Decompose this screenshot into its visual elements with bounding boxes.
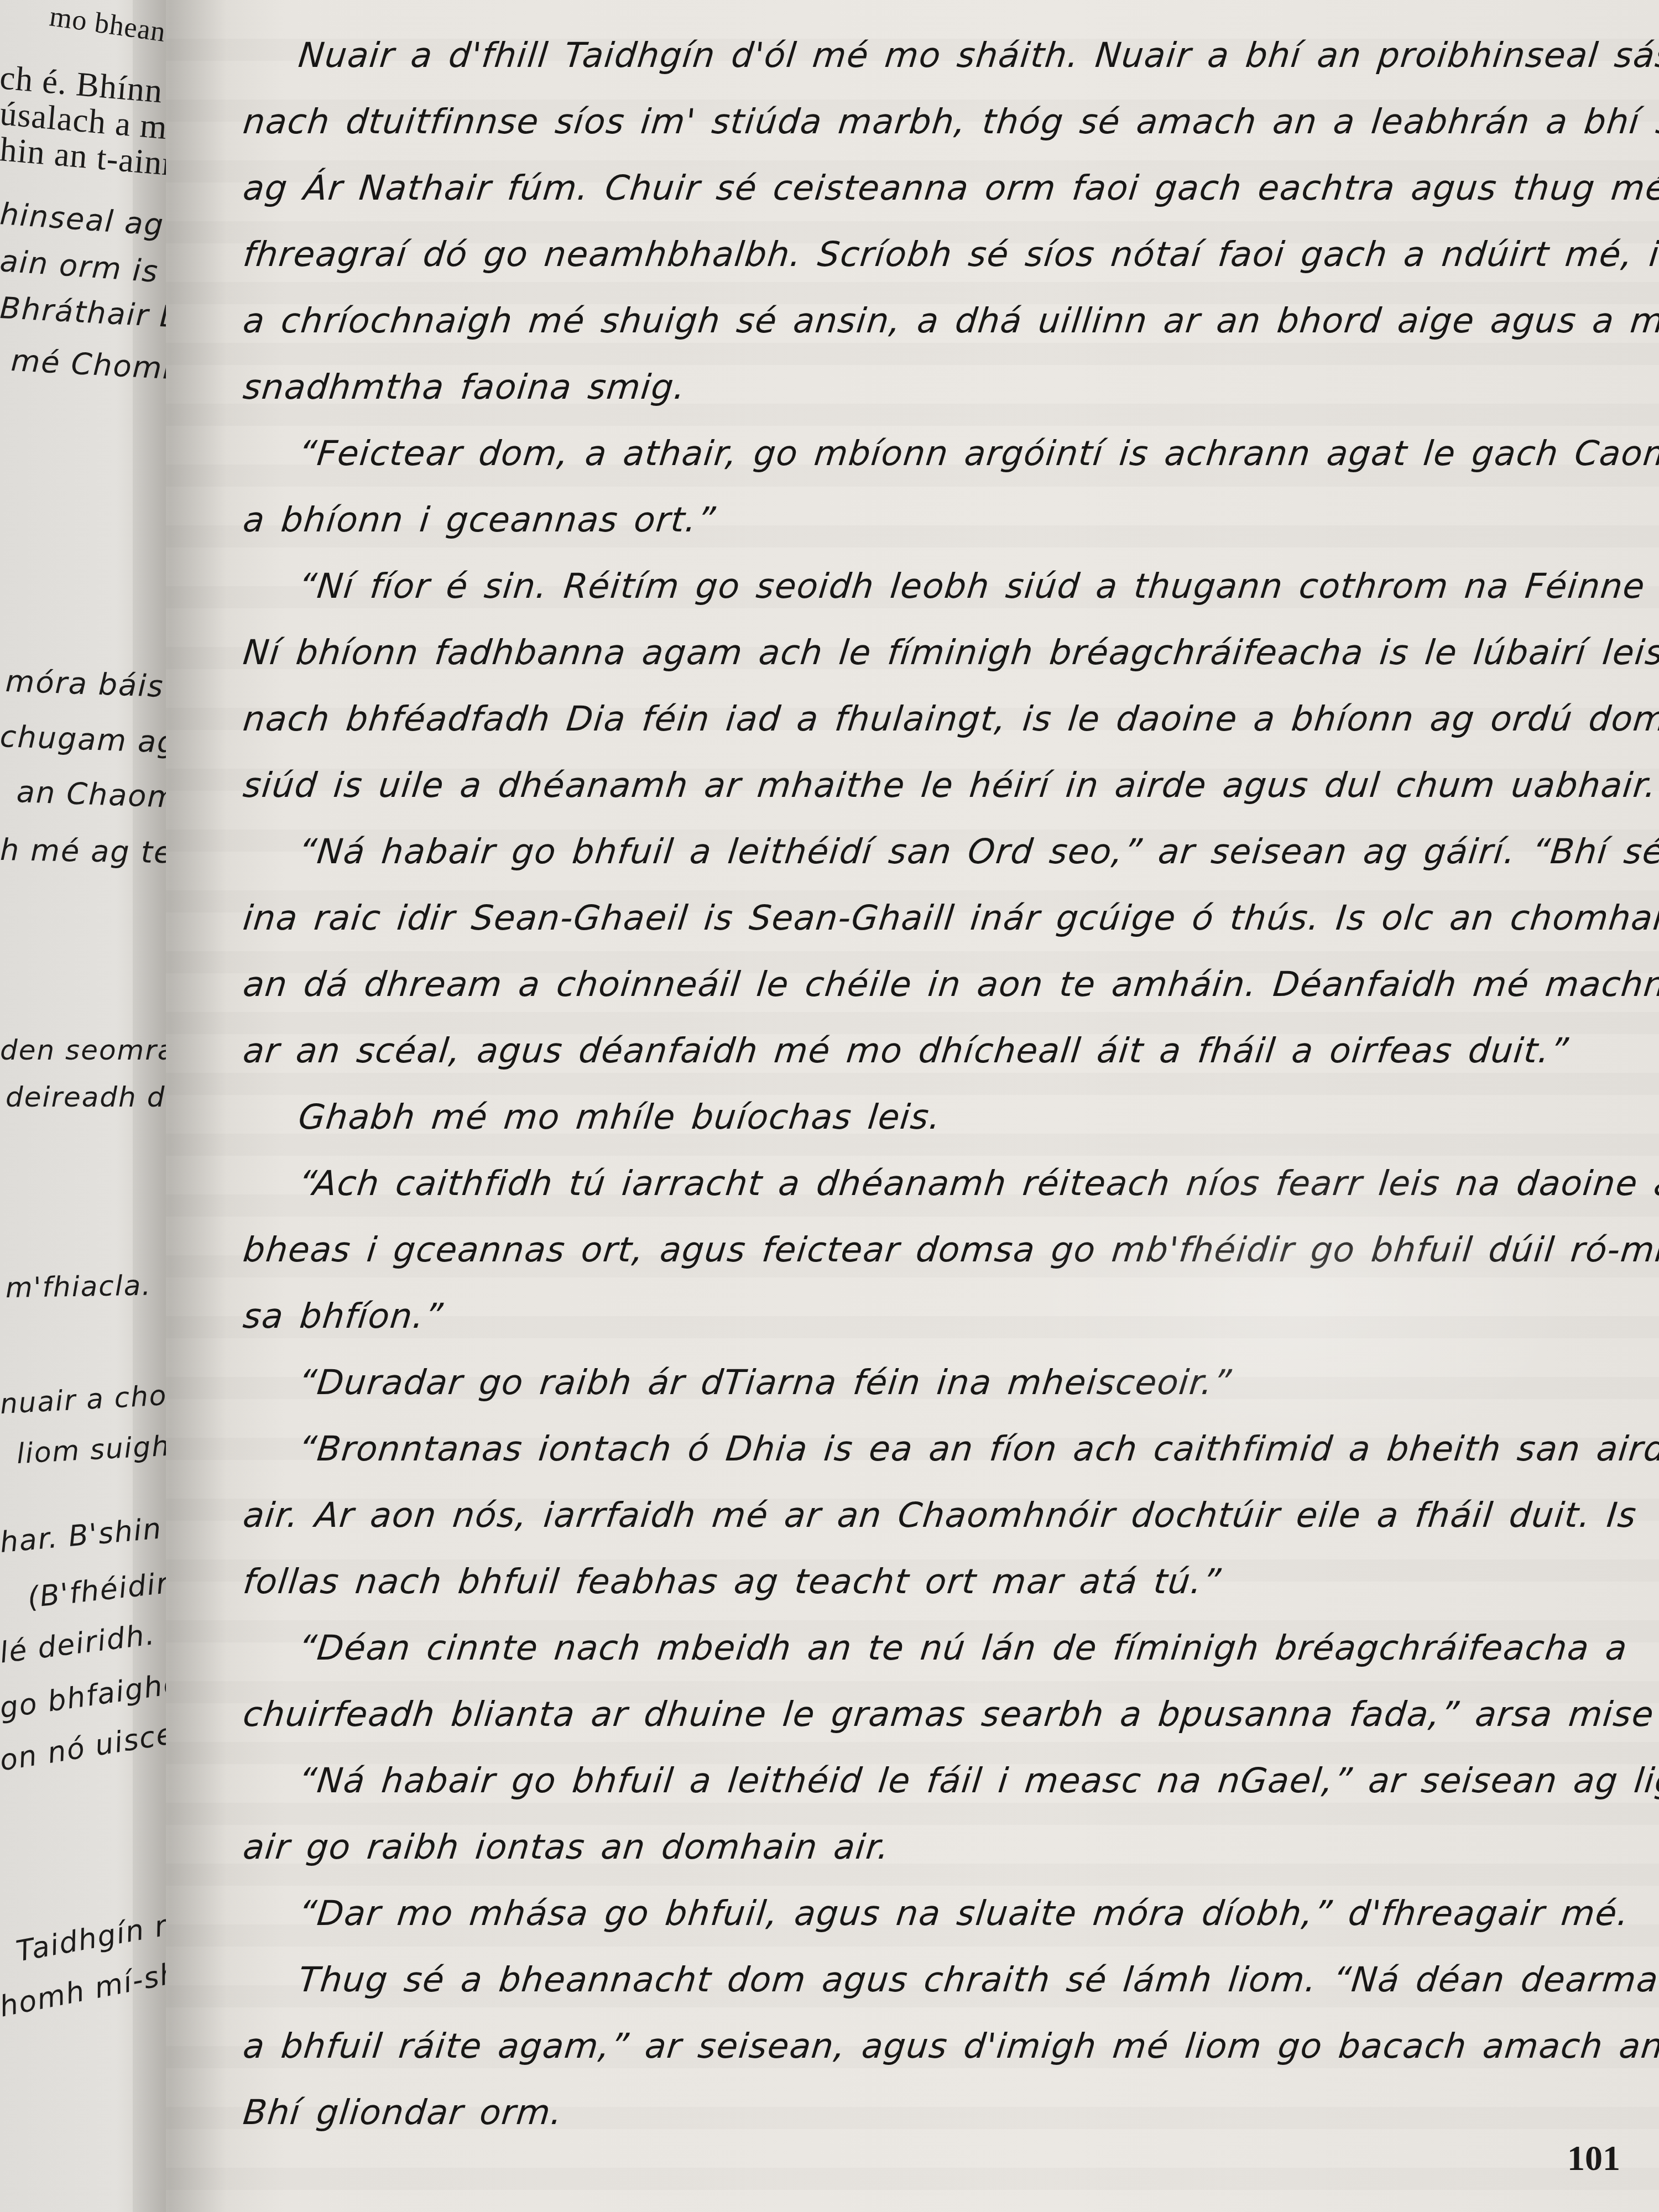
left-page-text-line: mé Chomh sán — [10, 343, 166, 390]
left-page-text-line: liom suigh síos — [15, 1426, 166, 1470]
left-page-text-line: Taidhgín mui — [14, 1901, 166, 1968]
left-page-text-line: Bhráthair Leo — [0, 290, 166, 336]
text-line: “Ach caithfidh tú iarracht a dhéanamh ré… — [240, 1150, 1641, 1217]
left-page-text-line: móra báistí u — [5, 664, 166, 706]
left-page-text-line: chugam ag insi — [0, 719, 166, 762]
text-line: “Ná habair go bhfuil a leithéidí san Ord… — [240, 818, 1641, 885]
left-page-text-line: hinseal ag cai — [0, 196, 166, 247]
text-line: Ní bhíonn fadhbanna agam ach le fíminigh… — [240, 619, 1641, 686]
text-line: Bhí gliondar orm. — [240, 2079, 1641, 2146]
page-number: 101 — [1567, 2138, 1620, 2179]
text-line: an dá dhream a choinneáil le chéile in a… — [240, 951, 1641, 1018]
text-line: air go raibh iontas an domhain air. — [240, 1814, 1641, 1880]
text-line: siúd is uile a dhéanamh ar mhaithe le hé… — [240, 752, 1641, 818]
left-page-text-line: m'fhiacla. — [5, 1269, 152, 1304]
left-page-text-line: an Chaomhnói — [16, 774, 166, 817]
left-page-text-line: (B'fhéidir go — [26, 1562, 166, 1615]
text-line: fhreagraí dó go neamhbhalbh. Scríobh sé … — [240, 221, 1641, 288]
text-line: ag Ár Nathair fúm. Chuir sé ceisteanna o… — [240, 155, 1641, 221]
body-text: Nuair a d'fhill Taidhgín d'ól mé mo shái… — [243, 22, 1637, 2146]
text-line: “Feictear dom, a athair, go mbíonn argói… — [240, 420, 1641, 487]
left-page-text-line: mo bhean — [48, 0, 166, 49]
left-page-text-line: lé deiridh. go mí — [0, 1606, 166, 1670]
text-line: bheas i gceannas ort, agus feictear doms… — [240, 1217, 1641, 1283]
text-line: Ghabh mé mo mhíle buíochas leis. — [240, 1084, 1641, 1150]
text-line: Thug sé a bheannacht dom agus chraith sé… — [240, 1947, 1641, 2013]
text-line: air. Ar aon nós, iarrfaidh mé ar an Chao… — [240, 1482, 1641, 1548]
text-line: “Déan cinnte nach mbeidh an te nú lán de… — [240, 1615, 1641, 1681]
left-page-text-line: den seomra ag — [0, 1034, 166, 1066]
left-page-text-line: nuair a chonac — [0, 1376, 166, 1420]
text-line: “Ní fíor é sin. Réitím go seoidh leobh s… — [240, 553, 1641, 619]
text-line: ina raic idir Sean-Ghaeil is Sean-Ghaill… — [240, 885, 1641, 951]
text-line: “Duradar go raibh ár dTiarna féin ina mh… — [240, 1349, 1641, 1416]
left-page-text-line: h mé ag teasti — [0, 832, 166, 871]
text-line: sa bhfíon.” — [240, 1283, 1641, 1349]
left-facing-page: mo bheanch é. Bhínn faúsalach a mhahin a… — [0, 0, 166, 2212]
text-line: ar an scéal, agus déanfaidh mé mo dhíche… — [240, 1018, 1641, 1084]
text-line: “Bronntanas iontach ó Dhia is ea an fíon… — [240, 1416, 1641, 1482]
text-line: a bhfuil ráite agam,” ar seisean, agus d… — [240, 2013, 1641, 2079]
left-page-text-line: deireadh déan — [6, 1081, 166, 1113]
text-line: snadhmtha faoina smig. — [240, 354, 1641, 420]
text-line: a chríochnaigh mé shuigh sé ansin, a dhá… — [240, 288, 1641, 354]
text-line: follas nach bhfuil feabhas ag teacht ort… — [240, 1548, 1641, 1615]
text-line: “Ná habair go bhfuil a leithéid le fáil … — [240, 1747, 1641, 1814]
right-page: Nuair a d'fhill Taidhgín d'ól mé mo shái… — [166, 0, 1659, 2212]
left-page-text-line: har. B'shin bois — [0, 1506, 166, 1559]
text-line: chuirfeadh blianta ar dhuine le gramas s… — [240, 1681, 1641, 1747]
text-line: Nuair a d'fhill Taidhgín d'ól mé mo shái… — [240, 22, 1641, 88]
text-line: nach dtuitfinnse síos im' stiúda marbh, … — [240, 88, 1641, 155]
text-line: a bhíonn i gceannas ort.” — [240, 487, 1641, 553]
left-page-text-line: ain orm is mo — [0, 243, 166, 294]
text-line: “Dar mo mhása go bhfuil, agus na sluaite… — [240, 1880, 1641, 1947]
text-line: nach bhféadfadh Dia féin iad a fhulaingt… — [240, 686, 1641, 752]
